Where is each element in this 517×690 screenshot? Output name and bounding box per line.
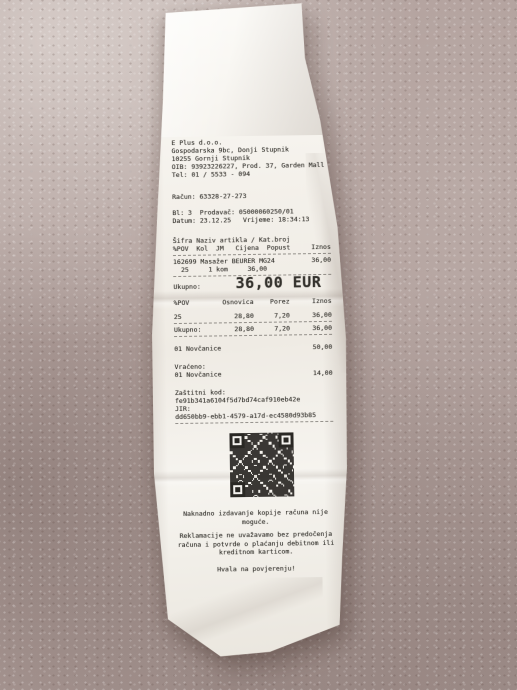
grand-total-row: Ukupno: 36,00 EUR [173, 278, 331, 291]
change-amount: 14,00 [313, 369, 333, 377]
items-header-amount: Iznos [311, 243, 331, 251]
tax-col-amount: Iznos [290, 297, 332, 306]
receipt: E Plus d.o.o. Gospodarska 9bc, Donji Stu… [141, 3, 356, 658]
tax-total-base: 28,80 [208, 325, 254, 334]
item-amount: 36,00 [311, 256, 331, 264]
qr-finder-top-right [278, 432, 293, 447]
grand-total-label: Ukupno: [173, 283, 201, 291]
footer-note-returns: Reklamacije ne uvažavamo bez predočenja … [177, 530, 335, 558]
items-header-cols: %POV Kol JM Cijena Popust [173, 243, 291, 253]
tax-col-base: Osnovica [208, 298, 254, 307]
qr-code [227, 430, 296, 499]
tax-total-tax: 7,20 [254, 324, 290, 333]
tax-base: 28,80 [208, 312, 254, 321]
tax-total-amount: 36,00 [290, 324, 332, 333]
qr-finder-bottom-left [230, 482, 245, 497]
qr-finder-dot [284, 437, 289, 442]
tax-total: 36,00 [290, 311, 332, 320]
grand-total-amount: 36,00 EUR [236, 278, 322, 287]
tax-col-vat: %POV [174, 299, 208, 307]
footer-note-copy: Naknadno izdavanje kopije računa nije mo… [177, 508, 335, 527]
receipt-content: E Plus d.o.o. Gospodarska 9bc, Donji Stu… [141, 3, 355, 575]
qr-finder-top-left [229, 433, 244, 448]
tax-col-tax: Porez [254, 297, 290, 306]
qr-finder-dot [235, 438, 240, 443]
receipt-paper: E Plus d.o.o. Gospodarska 9bc, Donji Stu… [141, 3, 356, 658]
tax-total-label: Ukupno: [174, 326, 208, 334]
items-header-row2: %POV Kol JM Cijena Popust Iznos [173, 243, 331, 253]
payment-method-label: 01 Novčanice [174, 344, 221, 353]
footer-thanks: Hvala na povjerenju! [177, 563, 335, 574]
jir-value: dd650bb9-ebb1-4579-a17d-ec4580d93b85 [175, 411, 333, 421]
qr-finder-dot [235, 487, 240, 492]
payment-amount: 50,00 [313, 343, 333, 351]
tax-table-total-row: Ukupno: 28,80 7,20 36,00 [174, 324, 332, 334]
paper-wrinkle [157, 577, 323, 649]
receipt-footer: Naknadno izdavanje kopije računa nije mo… [177, 508, 336, 574]
tax-rate: 25 [174, 313, 208, 321]
tax-amount: 7,20 [254, 311, 290, 320]
tax-table-row: 25 28,80 7,20 36,00 [174, 311, 332, 321]
change-method-label: 01 Novčanice [175, 370, 222, 379]
separator [175, 421, 333, 424]
photo-scene: E Plus d.o.o. Gospodarska 9bc, Donji Stu… [0, 0, 517, 690]
